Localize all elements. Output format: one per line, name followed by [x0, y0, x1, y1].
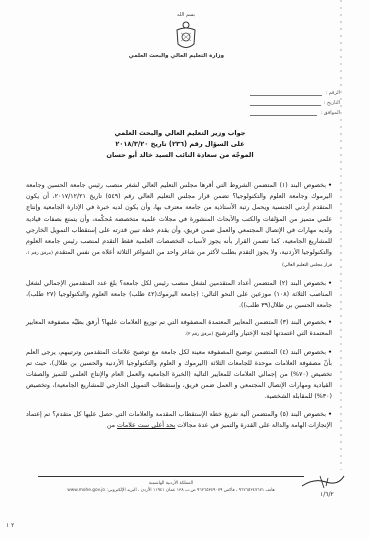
ref-number-line — [250, 89, 322, 96]
paragraph-item-2: •بخصوص البند (٢) المتضمن أعداد المتقدمين… — [26, 278, 332, 312]
signature-icon: ١/٦/٢ — [300, 472, 346, 498]
scan-margin — [340, 0, 342, 470]
coat-of-arms-icon — [173, 20, 199, 52]
heading-line-1: جواب وزير التعليم العالي والبحث العلمي — [80, 128, 280, 139]
bullet-icon: • — [328, 280, 332, 287]
bullet-icon: • — [328, 319, 332, 326]
document-body: •بخصوص البند (١) المتضمن الشروط التي أقر… — [26, 180, 332, 437]
attachment-note: (مرفق رقم ٢). — [185, 332, 213, 337]
ref-attachments-line — [250, 109, 317, 116]
ministry-name: وزارة التعليم العالي والبحث العلمي — [148, 53, 224, 59]
paragraph-text: بخصوص البند (٢) المتضمن أعداد المتقدمين … — [26, 280, 332, 309]
bullet-icon: • — [328, 182, 332, 189]
reference-fields: الرقم : التاريخ : الموافق : — [250, 86, 340, 116]
paragraph-item-1: •بخصوص البند (١) المتضمن الشروط التي أقر… — [26, 180, 332, 272]
page-number: ٢ ١ — [6, 522, 14, 529]
ref-date-label: التاريخ : — [324, 100, 340, 106]
paragraph-item-3: •بخصوص البند (٣) المتضمن المعايير المعتم… — [26, 317, 332, 340]
document-heading: جواب وزير التعليم العالي والبحث العلمي ع… — [80, 128, 280, 161]
bullet-icon: • — [328, 411, 332, 418]
svg-text:١/٦/٢: ١/٦/٢ — [320, 491, 334, 498]
footer-contact: هاتف ٩٦٢٦٥٣٤٧٦٧١ ، فاكس ٩٦٢٦٥٣٤٩٠٧٩ ص.ب … — [38, 487, 304, 494]
ref-date-line — [250, 99, 321, 106]
bullet-icon: • — [328, 349, 332, 356]
underlined-text: بحد أعلى ست علامات — [117, 422, 175, 429]
paragraph-text: بخصوص البند (١) المتضمن الشروط التي أقره… — [26, 182, 332, 256]
ref-attachments-label: الموافق : — [320, 110, 340, 116]
heading-line-2: على السؤال رقم (٢٣٦) تاريخ ٢٠١٨/٣/٢٠ — [80, 139, 280, 150]
paragraph-text: بخصوص البند (٤) المتضمن توضيح المصفوفة م… — [26, 349, 332, 401]
letterhead-motto: بسم الله — [148, 12, 224, 18]
ref-number-label: الرقم : — [325, 90, 340, 96]
letter-page: بسم الله وزارة التعليم العالي والبحث الع… — [0, 0, 369, 540]
paragraph-item-5: •بخصوص البند (٥) والمتضمن آلية تفريغ خطة… — [26, 409, 332, 431]
letterhead: بسم الله وزارة التعليم العالي والبحث الع… — [148, 12, 224, 59]
footer-country: المملكة الأردنية الهاشمية — [38, 480, 304, 487]
paragraph-text: بخصوص البند (٣) المتضمن المعايير المعتمد… — [26, 319, 332, 337]
paragraph-tail: من — [107, 422, 115, 429]
paragraph-text: بخصوص البند (٥) والمتضمن آلية تفريغ خطة … — [26, 411, 332, 429]
letter-footer: المملكة الأردنية الهاشمية هاتف ٩٦٢٦٥٣٤٧٦… — [38, 480, 304, 494]
paragraph-item-4: •بخصوص البند (٤) المتضمن توضيح المصفوفة … — [26, 347, 332, 403]
footer-divider — [38, 476, 304, 477]
heading-line-3: الموجّه من سعادة النائب السيد خالد أبو ح… — [80, 150, 280, 161]
